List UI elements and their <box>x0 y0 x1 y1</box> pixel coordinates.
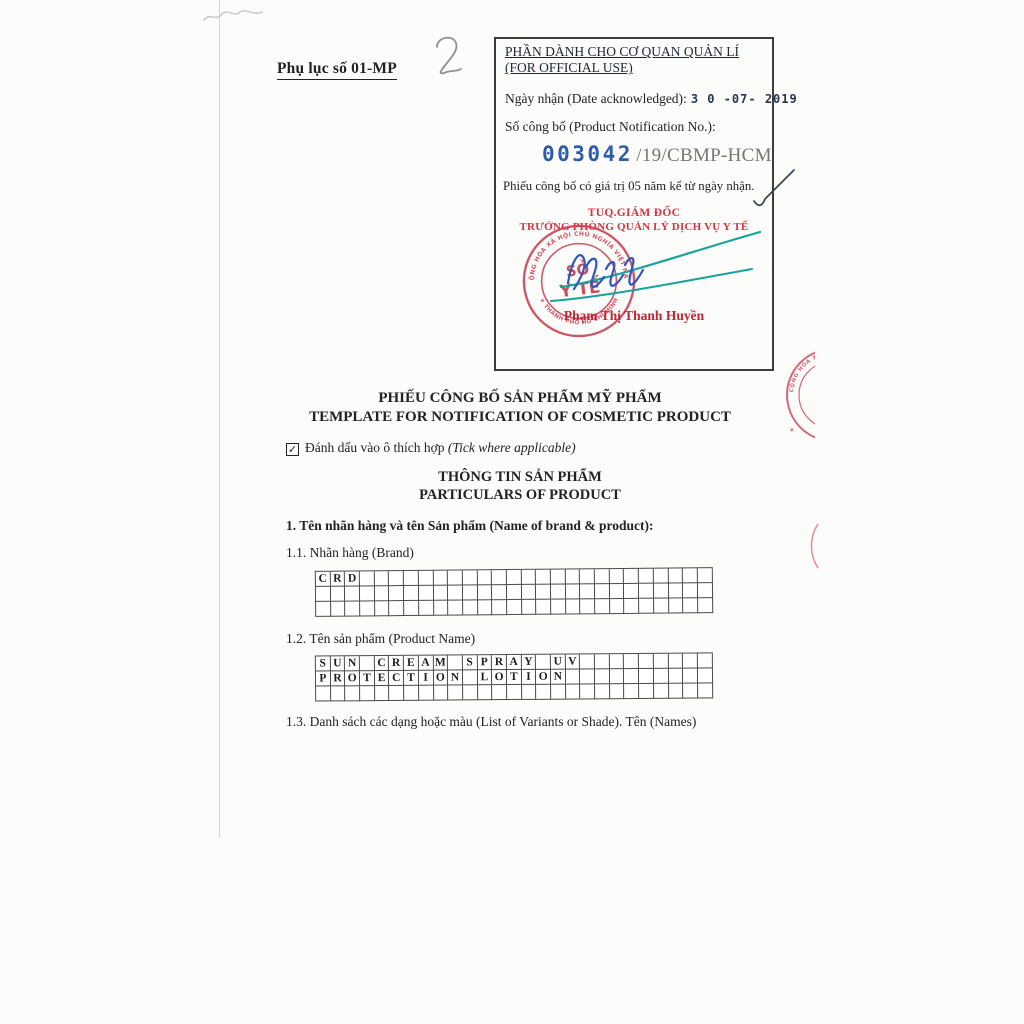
grid-cell <box>639 584 654 599</box>
grid-cell <box>668 654 683 669</box>
grid-cell <box>698 583 713 598</box>
grid-cell: T <box>507 670 522 685</box>
grid-cell <box>360 586 375 601</box>
signature <box>546 225 776 315</box>
grid-cell <box>566 684 581 699</box>
grid-cell <box>566 599 581 614</box>
date-acknowledged-stamp: 3 0 -07- 2019 <box>691 92 798 106</box>
grid-cell <box>360 571 375 586</box>
grid-cell <box>331 587 346 602</box>
grid-cell <box>654 684 669 699</box>
grid-cell <box>639 654 654 669</box>
grid-cell: L <box>478 670 493 685</box>
grid-cell <box>507 685 522 700</box>
grid-cell <box>580 669 595 684</box>
grid-cell: R <box>331 671 346 686</box>
grid-cell <box>448 685 463 700</box>
official-box-title-vi: PHẦN DÀNH CHO CƠ QUAN QUẢN LÍ <box>505 44 739 60</box>
official-use-box: PHẦN DÀNH CHO CƠ QUAN QUẢN LÍ (FOR OFFIC… <box>494 37 774 371</box>
checked-checkbox: ✓ <box>286 443 299 456</box>
grid-cell: N <box>345 656 360 671</box>
grid-cell <box>698 568 713 583</box>
grid-cell <box>522 600 537 615</box>
grid-cell <box>639 569 654 584</box>
grid-cell <box>551 585 566 600</box>
grid-cell <box>389 586 404 601</box>
grid-cell: E <box>375 671 390 686</box>
brand-letter-grid: CRD <box>315 567 713 617</box>
grid-cell <box>316 686 331 701</box>
grid-cell <box>595 669 610 684</box>
grid-cell <box>360 686 375 701</box>
grid-cell <box>522 685 537 700</box>
grid-cell <box>477 585 492 600</box>
grid-cell <box>434 686 449 701</box>
official-box-title-en: (FOR OFFICIAL USE) <box>505 60 739 76</box>
grid-cell <box>683 583 698 598</box>
grid-cell <box>448 570 463 585</box>
grid-cell <box>610 684 625 699</box>
grid-cell <box>610 584 625 599</box>
grid-cell <box>580 684 595 699</box>
grid-cell <box>698 598 713 613</box>
grid-cell <box>448 600 463 615</box>
grid-cell <box>478 685 493 700</box>
grid-cell <box>683 684 698 699</box>
grid-cell <box>698 653 713 668</box>
handwritten-number-2 <box>428 32 468 80</box>
grid-cell <box>698 668 713 683</box>
grid-cell: I <box>522 670 537 685</box>
grid-cell <box>668 568 683 583</box>
grid-cell: O <box>345 671 360 686</box>
grid-cell <box>698 683 713 698</box>
grid-cell <box>536 685 551 700</box>
official-box-title: PHẦN DÀNH CHO CƠ QUAN QUẢN LÍ (FOR OFFIC… <box>505 44 739 77</box>
grid-cell <box>404 571 419 586</box>
grid-cell <box>654 654 669 669</box>
pencil-scribble <box>200 4 270 30</box>
grid-cell <box>683 654 698 669</box>
grid-cell <box>463 600 478 615</box>
grid-cell <box>624 669 639 684</box>
grid-cell <box>654 669 669 684</box>
notification-number-line: 003042 /19/CBMP-HCM <box>542 142 772 167</box>
grid-cell <box>375 586 390 601</box>
grid-cell <box>580 654 595 669</box>
signer-title-line1: TUQ.GIÁM ĐỐC <box>496 207 772 219</box>
grid-cell: R <box>389 656 404 671</box>
grid-cell: T <box>404 671 419 686</box>
grid-cell <box>463 585 478 600</box>
signer-name: Phạm Thị Thanh Huyền <box>496 308 772 324</box>
section-title: THÔNG TIN SẢN PHẨM PARTICULARS OF PRODUC… <box>220 468 820 504</box>
check-icon: ✓ <box>288 443 297 456</box>
item1-1-label: 1.1. Nhãn hàng (Brand) <box>286 545 414 561</box>
grid-cell <box>360 601 375 616</box>
tick-note-vi: Đánh dấu vào ô thích hợp <box>305 440 448 455</box>
grid-cell <box>536 570 551 585</box>
grid-cell <box>654 584 669 599</box>
grid-cell <box>419 601 434 616</box>
grid-cell <box>669 684 684 699</box>
grid-cell <box>375 601 390 616</box>
grid-cell <box>375 571 390 586</box>
grid-cell <box>390 601 405 616</box>
grid-cell <box>624 569 639 584</box>
item1-heading: 1. Tên nhãn hàng và tên Sản phẩm (Name o… <box>286 518 653 534</box>
grid-cell <box>521 570 536 585</box>
grid-cell <box>580 584 595 599</box>
grid-cell <box>331 602 346 617</box>
grid-cell <box>419 571 434 586</box>
grid-cell <box>595 569 610 584</box>
grid-cell <box>404 586 419 601</box>
grid-cell: M <box>433 656 448 671</box>
grid-cell <box>477 570 492 585</box>
grid-cell: R <box>330 572 345 587</box>
grid-cell <box>624 584 639 599</box>
notification-number-label: Số công bố (Product Notification No.): <box>505 119 716 135</box>
scanned-document-page: Phụ lục số 01-MP PHẦN DÀNH CHO CƠ QUAN Q… <box>0 0 1024 1024</box>
item1-3-label: 1.3. Danh sách các dạng hoặc màu (List o… <box>286 714 696 730</box>
grid-cell: P <box>477 655 492 670</box>
svg-text:CỘNG HÒA XÃ HỘI CHỦ NGHĨA VIỆT: CỘNG HÒA XÃ HỘI CHỦ NGHĨA VIỆT NAM <box>781 341 815 394</box>
grid-cell <box>536 600 551 615</box>
tick-instruction-line: ✓Đánh dấu vào ô thích hợp (Tick where ap… <box>286 440 576 456</box>
grid-cell <box>448 585 463 600</box>
grid-cell <box>345 686 360 701</box>
grid-cell: D <box>345 571 360 586</box>
grid-cell <box>639 684 654 699</box>
grid-cell <box>683 568 698 583</box>
grid-cell: N <box>448 670 463 685</box>
grid-cell <box>668 669 683 684</box>
grid-cell: Y <box>521 655 536 670</box>
grid-cell <box>639 669 654 684</box>
grid-cell <box>683 669 698 684</box>
grid-cell <box>610 599 625 614</box>
document-title-vi: PHIẾU CÔNG BỐ SẢN PHẨM MỸ PHẨM <box>220 389 820 408</box>
grid-cell <box>463 670 478 685</box>
grid-cell: N <box>551 670 566 685</box>
document-title-en: TEMPLATE FOR NOTIFICATION OF COSMETIC PR… <box>220 408 820 427</box>
section-title-vi: THÔNG TIN SẢN PHẨM <box>220 468 820 486</box>
grid-cell: R <box>492 655 507 670</box>
grid-cell <box>507 585 522 600</box>
partial-edge-stamp-arc2 <box>806 522 820 570</box>
grid-cell <box>316 602 331 617</box>
grid-cell <box>625 599 640 614</box>
grid-cell: I <box>419 671 434 686</box>
appendix-label: Phụ lục số 01-MP <box>277 60 397 80</box>
grid-cell <box>390 686 405 701</box>
grid-cell <box>536 585 551 600</box>
grid-cell <box>610 569 625 584</box>
grid-cell: T <box>360 671 375 686</box>
grid-cell <box>492 585 507 600</box>
grid-cell <box>492 570 507 585</box>
date-acknowledged-label: Ngày nhận (Date acknowledged): <box>505 91 687 106</box>
grid-cell <box>595 654 610 669</box>
document-title: PHIẾU CÔNG BỐ SẢN PHẨM MỸ PHẨM TEMPLATE … <box>220 389 820 427</box>
grid-cell: C <box>316 572 331 587</box>
tick-note-en: (Tick where applicable) <box>448 440 576 455</box>
grid-cell <box>345 601 360 616</box>
grid-cell <box>360 656 375 671</box>
grid-cell <box>551 600 566 615</box>
grid-cell <box>522 585 537 600</box>
grid-cell <box>536 655 551 670</box>
grid-cell: V <box>566 654 581 669</box>
grid-cell <box>316 587 331 602</box>
grid-cell <box>624 684 639 699</box>
partial-edge-stamp-text: CỘNG HÒA XÃ HỘI CHỦ NGHĨA VIỆT NAM <box>781 341 815 394</box>
validity-note: Phiếu công bố có giá trị 05 năm kể từ ng… <box>503 179 754 194</box>
grid-cell <box>492 685 507 700</box>
grid-cell <box>478 600 493 615</box>
grid-cell <box>580 599 595 614</box>
grid-cell: S <box>316 656 331 671</box>
grid-cell <box>566 669 581 684</box>
grid-cell: O <box>492 670 507 685</box>
grid-cell <box>595 684 610 699</box>
grid-cell <box>551 570 566 585</box>
grid-cell <box>433 586 448 601</box>
grid-cell <box>433 571 448 586</box>
grid-cell <box>551 685 566 700</box>
grid-cell <box>683 598 698 613</box>
grid-cell <box>595 584 610 599</box>
grid-cell <box>463 570 478 585</box>
grid-cell <box>375 686 390 701</box>
grid-cell: O <box>536 670 551 685</box>
grid-cell <box>669 598 684 613</box>
grid-cell: S <box>463 655 478 670</box>
section-title-en: PARTICULARS OF PRODUCT <box>220 486 820 504</box>
date-acknowledged-row: Ngày nhận (Date acknowledged):3 0 -07- 2… <box>505 91 798 107</box>
grid-cell <box>404 686 419 701</box>
grid-cell <box>580 569 595 584</box>
item1-2-label: 1.2. Tên sản phẩm (Product Name) <box>286 631 475 647</box>
grid-cell <box>389 571 404 586</box>
grid-cell <box>566 584 581 599</box>
grid-cell <box>565 569 580 584</box>
grid-cell <box>639 599 654 614</box>
grid-cell: C <box>389 671 404 686</box>
grid-cell <box>331 686 346 701</box>
grid-cell: A <box>507 655 522 670</box>
grid-cell <box>654 569 669 584</box>
grid-cell <box>610 654 625 669</box>
grid-cell <box>507 600 522 615</box>
grid-cell <box>492 600 507 615</box>
grid-cell <box>404 601 419 616</box>
grid-cell <box>448 655 463 670</box>
grid-cell <box>624 654 639 669</box>
grid-cell <box>419 686 434 701</box>
grid-cell <box>610 669 625 684</box>
grid-cell <box>463 685 478 700</box>
grid-cell: E <box>404 656 419 671</box>
grid-cell <box>419 586 434 601</box>
grid-cell: O <box>433 671 448 686</box>
grid-cell <box>654 599 669 614</box>
grid-cell <box>345 586 360 601</box>
grid-cell: C <box>375 656 390 671</box>
grid-cell: U <box>331 656 346 671</box>
grid-cell <box>668 583 683 598</box>
grid-cell <box>507 570 522 585</box>
notification-number-suffix: /19/CBMP-HCM <box>636 145 772 166</box>
grid-cell: P <box>316 671 331 686</box>
notification-number-stamp: 003042 <box>542 142 633 166</box>
grid-cell: A <box>419 656 434 671</box>
handwritten-tick <box>748 166 800 210</box>
product-name-letter-grid: SUNCREAMSPRAYUVPROTECTIONLOTION <box>315 652 713 701</box>
grid-cell <box>434 601 449 616</box>
grid-cell <box>595 599 610 614</box>
grid-cell: U <box>551 655 566 670</box>
